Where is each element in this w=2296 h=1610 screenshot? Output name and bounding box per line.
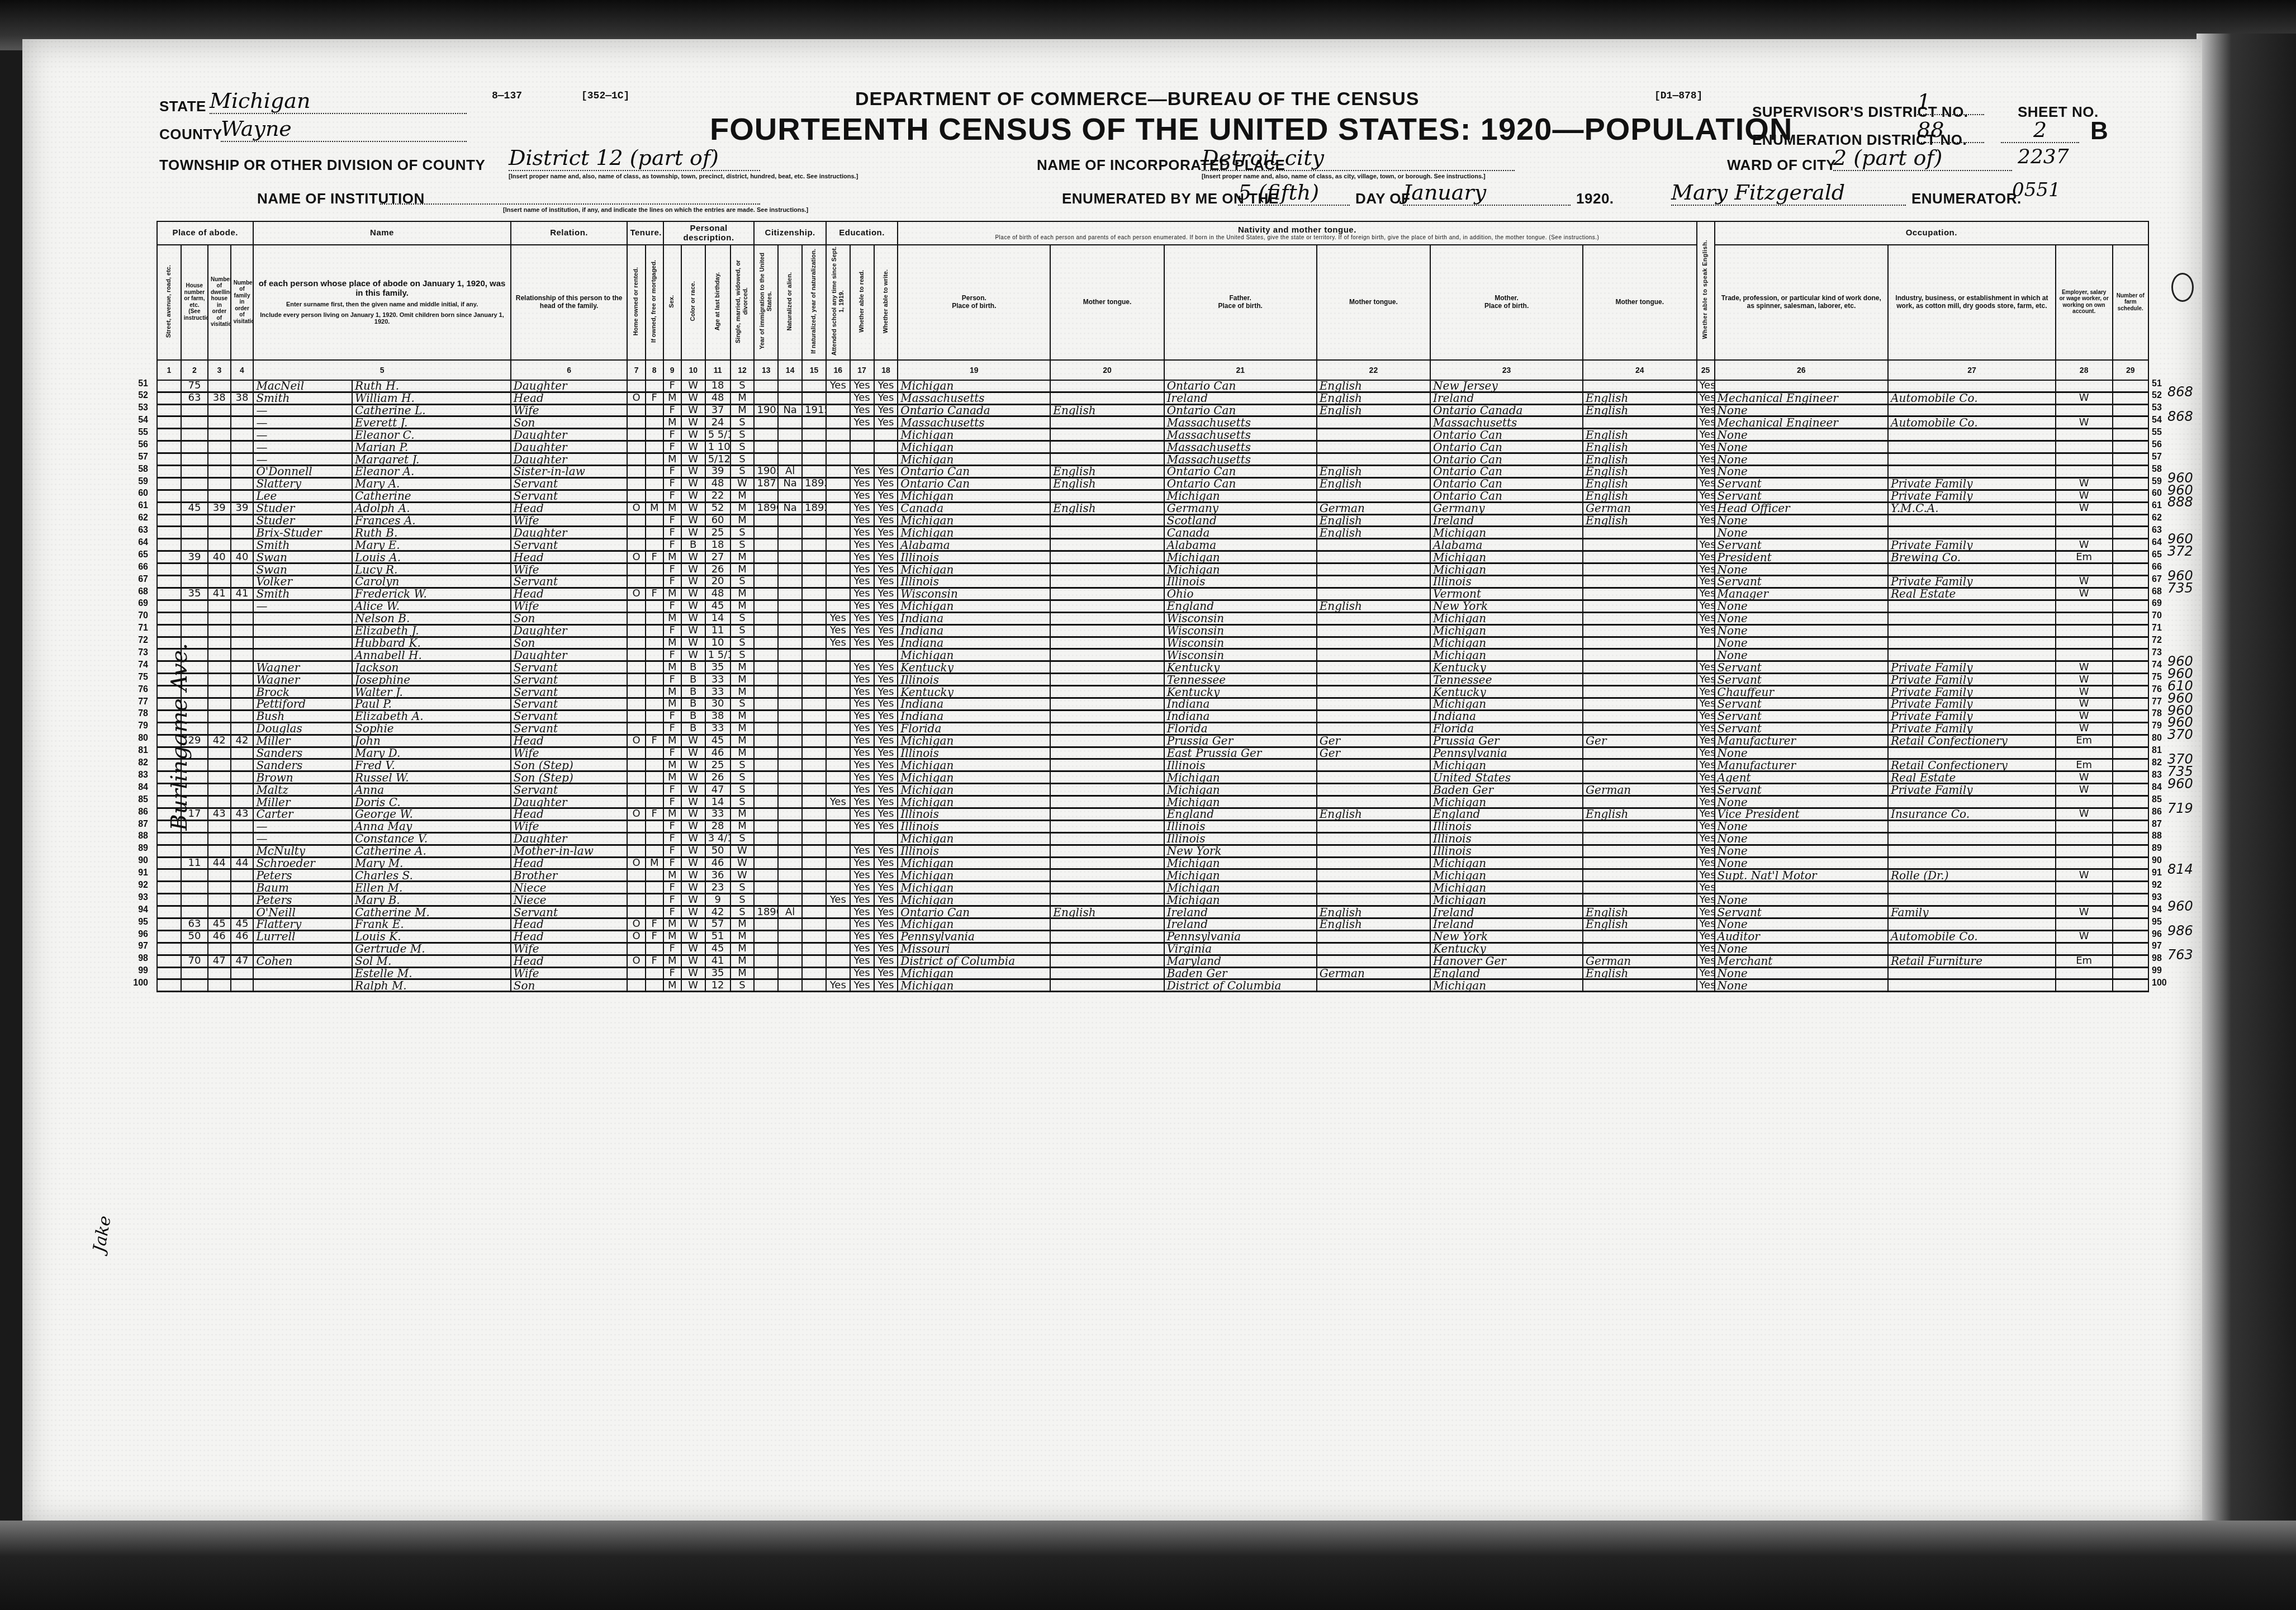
cell-sex: F [663,539,681,551]
table-row: BrockWalter J.ServantMB33MYesYesKentucky… [157,686,2148,698]
cell-occ: None [1715,404,1888,416]
cell-own [627,466,645,478]
cell-read: Yes [850,698,874,710]
cell-given: Louis K. [352,930,511,943]
cell-house [181,539,208,551]
cell-f_pob: Michigan [1164,551,1317,563]
cell-family [231,906,254,918]
cell-relation: Head [511,857,628,869]
cell-family [231,527,254,539]
cell-mt [1050,612,1164,624]
column-number: 11 [705,360,730,380]
cell-f_mt [1317,759,1430,771]
cell-dwelling: 42 [208,735,231,747]
cell-dwelling [208,466,231,478]
cell-school [826,551,850,563]
cell-immig [754,882,778,894]
line-number: 90 [126,856,148,866]
cell-family: 44 [231,857,254,869]
cell-emp: W [2056,416,2113,429]
line-number: 70 [2152,611,2174,621]
cell-m_pob: Vermont [1430,588,1583,600]
cell-nat [778,808,802,820]
occupation-code: 868 [2167,409,2193,424]
cell-farm [2113,441,2149,453]
cell-m_mt [1583,686,1696,698]
cell-relation: Wife [511,747,628,759]
line-number: 81 [126,746,148,756]
cell-surname: — [253,404,352,416]
cell-m_pob: Michigan [1430,649,1583,661]
cell-eng [1697,649,1715,661]
cell-emp: W [2056,869,2113,882]
col-read: Whether able to read. [850,245,874,360]
line-number: 85 [126,795,148,805]
cell-f_mt [1317,722,1430,735]
cell-dwelling [208,710,231,722]
cell-family [231,661,254,674]
column-number: 7 [627,360,645,380]
cell-f_mt [1317,894,1430,906]
cell-dwelling [208,674,231,686]
cell-f_mt: English [1317,527,1430,539]
cell-family [231,796,254,808]
cell-read: Yes [850,845,874,857]
cell-read: Yes [850,808,874,820]
cell-ind: Rolle (Dr.) [1888,869,2056,882]
cell-street [157,466,181,478]
cell-f_pob: Massachusetts [1164,416,1317,429]
cell-free [646,649,663,661]
cell-read: Yes [850,404,874,416]
cell-m_pob: Michigan [1430,894,1583,906]
cell-relation: Wife [511,600,628,612]
cell-ind: Y.M.C.A. [1888,502,2056,514]
cell-eng: Yes [1697,808,1715,820]
cell-immig [754,527,778,539]
cell-ind [1888,857,2056,869]
cell-write: Yes [874,588,898,600]
cell-free: F [646,735,663,747]
cell-farm [2113,539,2149,551]
cell-f_mt [1317,857,1430,869]
cell-street [157,416,181,429]
cell-pob: Florida [898,722,1050,735]
cell-farm [2113,686,2149,698]
cell-f_mt [1317,710,1430,722]
column-number: 26 [1715,360,1888,380]
cell-school [826,832,850,845]
cell-f_mt: English [1317,380,1430,392]
cell-age: 28 [705,820,730,832]
cell-occ: None [1715,453,1888,466]
cell-m_mt: Ger [1583,735,1696,747]
cell-m_mt [1583,416,1696,429]
cell-nat [778,588,802,600]
cell-mt [1050,759,1164,771]
cell-sex: M [663,686,681,698]
col-naturalized: Naturalized or alien. [778,245,802,360]
cell-m_mt [1583,845,1696,857]
cell-relation: Head [511,955,628,967]
table-row: 504646LurrellLouis K.HeadOFMW51MYesYesPe… [157,930,2148,943]
cell-write: Yes [874,502,898,514]
cell-m_pob: Michigan [1430,882,1583,894]
cell-occ: None [1715,466,1888,478]
cell-nat [778,539,802,551]
cell-relation: Servant [511,539,628,551]
cell-ind: Private Family [1888,784,2056,796]
cell-emp: W [2056,661,2113,674]
cell-f_pob: Wisconsin [1164,637,1317,649]
cell-immig [754,771,778,784]
cell-nat [778,735,802,747]
nativity-title: Nativity and mother tongue. [900,225,1693,235]
cell-ind: Private Family [1888,722,2056,735]
cell-nat [778,869,802,882]
cell-write: Yes [874,674,898,686]
column-number: 18 [874,360,898,380]
occupation-code: 735 [2167,580,2193,596]
cell-m_pob: Ontario Can [1430,429,1583,441]
cell-write [874,453,898,466]
cell-farm [2113,832,2149,845]
cell-street [157,551,181,563]
cell-immig [754,747,778,759]
cell-farm [2113,477,2149,490]
cell-immig [754,490,778,502]
cell-pob: Michigan [898,441,1050,453]
cell-f_mt [1317,429,1430,441]
cell-given: Sol M. [352,955,511,967]
cell-age: 48 [705,588,730,600]
cell-read: Yes [850,820,874,832]
cell-race: W [681,563,705,576]
cell-natyr [802,576,826,588]
cell-farm [2113,967,2149,979]
line-number: 86 [126,807,148,817]
cell-read: Yes [850,466,874,478]
cell-m_mt [1583,832,1696,845]
cell-surname: — [253,600,352,612]
cell-read: Yes [850,710,874,722]
cell-m_mt: English [1583,392,1696,404]
cell-occ: Servant [1715,490,1888,502]
ward-label: Ward of city [1727,157,1836,174]
cell-given: Catherine [352,490,511,502]
cell-dwelling [208,563,231,576]
cell-marital: S [730,453,755,466]
line-number: 74 [126,660,148,670]
cell-occ: Head Officer [1715,502,1888,514]
cell-emp [2056,514,2113,527]
cell-m_mt [1583,527,1696,539]
table-row: LeeCatherineServantFW22MYesYesMichiganMi… [157,490,2148,502]
cell-dwelling: 41 [208,588,231,600]
cell-m_pob: Ontario Can [1430,477,1583,490]
cell-write: Yes [874,551,898,563]
cell-emp [2056,441,2113,453]
cell-f_mt [1317,576,1430,588]
cell-surname: Swan [253,563,352,576]
line-number: 71 [2152,623,2174,633]
cell-emp: W [2056,588,2113,600]
cell-natyr [802,600,826,612]
cell-dwelling [208,979,231,992]
cell-surname: Flattery [253,918,352,930]
cell-race: W [681,576,705,588]
cell-f_pob: Illinois [1164,759,1317,771]
col-marital: Single, married, widowed, or divorced. [730,245,755,360]
state-value: Michigan [210,88,467,114]
cell-marital: M [730,735,755,747]
col-person-mt: Mother tongue. [1050,245,1164,360]
cell-street [157,955,181,967]
line-number: 76 [126,685,148,695]
cell-farm [2113,845,2149,857]
occupation-code: 763 [2167,947,2193,963]
cell-f_pob: Wisconsin [1164,649,1317,661]
cell-immig [754,845,778,857]
cell-mt [1050,955,1164,967]
table-row: BrownRussel W.Son (Step)MW26SYesYesMichi… [157,771,2148,784]
cell-sex: F [663,906,681,918]
cell-marital: M [730,722,755,735]
group-relation: Relation. [511,221,628,245]
cell-natyr [802,930,826,943]
cell-immig [754,649,778,661]
cell-read: Yes [850,918,874,930]
cell-age: 39 [705,466,730,478]
cell-relation: Servant [511,490,628,502]
cell-mt [1050,808,1164,820]
line-number: 54 [126,415,148,425]
cell-write: Yes [874,784,898,796]
cell-sex: F [663,477,681,490]
cell-own [627,759,645,771]
cell-emp [2056,832,2113,845]
cell-read [850,441,874,453]
cell-age: 25 [705,759,730,771]
cell-race: W [681,588,705,600]
cell-pob: Michigan [898,527,1050,539]
cell-relation: Daughter [511,441,628,453]
cell-f_mt: English [1317,404,1430,416]
cell-occ: None [1715,943,1888,955]
cell-eng: Yes [1697,661,1715,674]
cell-nat [778,490,802,502]
cell-age: 14 [705,612,730,624]
cell-immig [754,943,778,955]
cell-house: 39 [181,551,208,563]
cell-sex: M [663,551,681,563]
cell-surname: Sanders [253,759,352,771]
cell-race: W [681,551,705,563]
table-row: SmithMary E.ServantFB18SYesYesAlabamaAla… [157,539,2148,551]
cell-ind: Private Family [1888,698,2056,710]
cell-pob: Ontario Canada [898,404,1050,416]
cell-occ: None [1715,624,1888,637]
cell-farm [2113,588,2149,600]
cell-age: 27 [705,551,730,563]
cell-f_mt: Ger [1317,735,1430,747]
column-number: 3 [208,360,231,380]
cell-natyr [802,588,826,600]
cell-race: W [681,894,705,906]
cell-marital: S [730,624,755,637]
cell-pob: Massachusetts [898,392,1050,404]
cell-school [826,857,850,869]
group-name: Name [253,221,510,245]
cell-dwelling: 40 [208,551,231,563]
cell-m_pob: Ireland [1430,918,1583,930]
cell-nat [778,894,802,906]
cell-own [627,527,645,539]
cell-f_mt [1317,686,1430,698]
cell-own [627,612,645,624]
cell-mt [1050,967,1164,979]
cell-relation: Daughter [511,624,628,637]
enumerated-month: January [1403,180,1571,206]
cell-farm [2113,404,2149,416]
cell-farm [2113,661,2149,674]
cell-m_pob: Michigan [1430,527,1583,539]
cell-school [826,918,850,930]
cell-nat [778,747,802,759]
cell-marital: M [730,820,755,832]
cell-race: W [681,771,705,784]
cell-occ: None [1715,600,1888,612]
cell-read: Yes [850,576,874,588]
cell-write [874,429,898,441]
cell-sex: F [663,441,681,453]
cell-own [627,661,645,674]
cell-sex: M [663,612,681,624]
cell-street [157,502,181,514]
cell-pob: Michigan [898,771,1050,784]
col-mother-mt: Mother tongue. [1583,245,1696,360]
cell-emp [2056,943,2113,955]
cell-own: O [627,857,645,869]
cell-immig [754,416,778,429]
cell-school [826,404,850,416]
cell-relation: Wife [511,404,628,416]
cell-race: W [681,502,705,514]
cell-sex: F [663,967,681,979]
cell-m_pob: Ontario Can [1430,453,1583,466]
cell-natyr [802,637,826,649]
cell-eng: Yes [1697,698,1715,710]
cell-family [231,759,254,771]
line-number: 63 [126,525,148,536]
table-row: —Catherine L.WifeFW37M1905Na1915YesYesOn… [157,404,2148,416]
table-row: BushElizabeth A.ServantFB38MYesYesIndian… [157,710,2148,722]
line-number: 98 [126,954,148,964]
cell-mt [1050,527,1164,539]
cell-age: 3 4/12 [705,832,730,845]
cell-m_pob: Illinois [1430,820,1583,832]
cell-surname: Peters [253,869,352,882]
cell-f_pob: Wisconsin [1164,624,1317,637]
cell-m_pob: Massachusetts [1430,416,1583,429]
cell-own [627,722,645,735]
cell-occ: Vice President [1715,808,1888,820]
cell-eng: Yes [1697,466,1715,478]
cell-school: Yes [826,894,850,906]
cell-surname: Studer [253,502,352,514]
cell-write: Yes [874,404,898,416]
cell-race: W [681,392,705,404]
cell-write: Yes [874,514,898,527]
cell-surname [253,637,352,649]
column-number: 4 [231,360,254,380]
cell-emp [2056,845,2113,857]
line-number: 70 [126,611,148,621]
cell-mt [1050,857,1164,869]
county-value: Wayne [221,116,467,142]
cell-sex: M [663,759,681,771]
cell-ind: Private Family [1888,539,2056,551]
cell-surname: — [253,820,352,832]
cell-pob: Illinois [898,551,1050,563]
cell-f_pob: Michigan [1164,784,1317,796]
cell-family [231,747,254,759]
cell-farm [2113,796,2149,808]
cell-family [231,784,254,796]
cell-read: Yes [850,539,874,551]
cell-natyr [802,869,826,882]
column-number: 10 [681,360,705,380]
cell-eng [1697,637,1715,649]
cell-house [181,563,208,576]
cell-relation: Servant [511,906,628,918]
cell-dwelling [208,784,231,796]
cell-mt [1050,820,1164,832]
cell-surname: Brown [253,771,352,784]
cell-mt [1050,429,1164,441]
cell-dwelling [208,527,231,539]
cell-mt [1050,416,1164,429]
cell-marital: M [730,661,755,674]
cell-immig [754,674,778,686]
cell-relation: Servant [511,710,628,722]
cell-read: Yes [850,747,874,759]
cell-emp: W [2056,771,2113,784]
cell-natyr: 1892 [802,477,826,490]
cell-natyr [802,747,826,759]
cell-pob: Michigan [898,514,1050,527]
cell-given: Alice W. [352,600,511,612]
cell-natyr [802,784,826,796]
cell-own [627,894,645,906]
cell-ind: Private Family [1888,477,2056,490]
cell-m_pob: Ontario Can [1430,441,1583,453]
cell-surname: — [253,453,352,466]
cell-family: 46 [231,930,254,943]
cell-farm [2113,882,2149,894]
cell-f_pob: Baden Ger [1164,967,1317,979]
cell-emp [2056,453,2113,466]
cell-immig: 1905 [754,466,778,478]
cell-relation: Brother [511,869,628,882]
cell-m_mt [1583,612,1696,624]
cell-sex: F [663,722,681,735]
cell-age: 1 10/12 [705,441,730,453]
cell-free [646,576,663,588]
cell-natyr [802,380,826,392]
line-number: 88 [126,831,148,841]
cell-surname: — [253,441,352,453]
